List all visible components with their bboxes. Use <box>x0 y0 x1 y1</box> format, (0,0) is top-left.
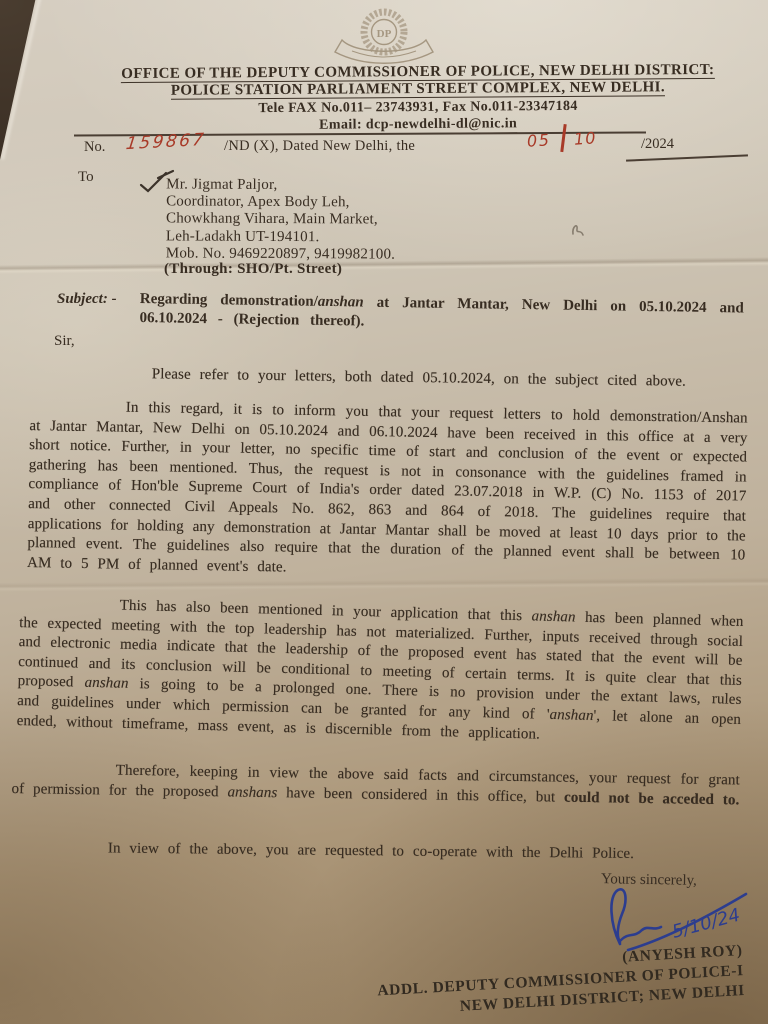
through-line: (Through: SHO/Pt. Street) <box>164 261 342 278</box>
letterhead: OFFICE OF THE DEPUTY COMMISSIONER OF POL… <box>88 62 748 136</box>
paper-edge <box>1 0 41 160</box>
handwritten-month: 10 <box>573 128 597 149</box>
addressee-name: Mr. Jigmat Paljor, <box>166 176 395 194</box>
photo-scene: DP OFFICE OF THE DEPUTY COMMISSIONER OF … <box>0 0 768 1024</box>
printed-year: /2024 <box>641 136 674 153</box>
pen-mark-icon <box>570 221 586 239</box>
paragraph-3: This has also been mentioned in your app… <box>16 594 743 750</box>
ref-dated-text: /ND (X), Dated New Delhi, the <box>224 138 415 155</box>
signatory-block: (ANYESH ROY) ADDL. DEPUTY COMMISSIONER O… <box>303 941 746 1024</box>
handwritten-ref-number: 159867 <box>125 130 207 154</box>
paragraph-4: Therefore, keeping in view the above sai… <box>11 760 740 811</box>
letter-paper: DP OFFICE OF THE DEPUTY COMMISSIONER OF … <box>0 0 768 1024</box>
to-label: To <box>78 169 94 186</box>
subject-text: Regarding demonstration/anshan at Jantar… <box>139 290 744 337</box>
station-line-text: POLICE STATION PARLIAMENT STREET COMPLEX… <box>171 80 665 99</box>
subject-label: Subject: - <box>57 291 117 308</box>
handwritten-signature-date: 5/10/24 <box>670 905 742 943</box>
handwritten-day: 05 <box>526 130 551 151</box>
svg-text:DP: DP <box>377 28 392 40</box>
station-line: POLICE STATION PARLIAMENT STREET COMPLEX… <box>88 79 748 101</box>
addressee-designation: Coordinator, Apex Body Leh, <box>166 194 395 212</box>
paragraph-2: In this regard, it is to inform you that… <box>27 397 748 586</box>
salutation: Sir, <box>54 333 75 350</box>
addressee-address-2: Leh-Ladakh UT-194101. <box>166 228 395 246</box>
date-underline <box>626 154 748 161</box>
delhi-police-emblem-icon: DP <box>322 7 446 69</box>
addressee-block: Mr. Jigmat Paljor, Coordinator, Apex Bod… <box>166 176 396 263</box>
addressee-address-1: Chowkhang Vihara, Main Market, <box>166 211 395 229</box>
paragraph-5: In view of the above, you are requested … <box>62 839 762 866</box>
ref-no-label: No. <box>84 139 105 156</box>
paragraph-1: Please refer to your letters, both dated… <box>60 364 752 393</box>
